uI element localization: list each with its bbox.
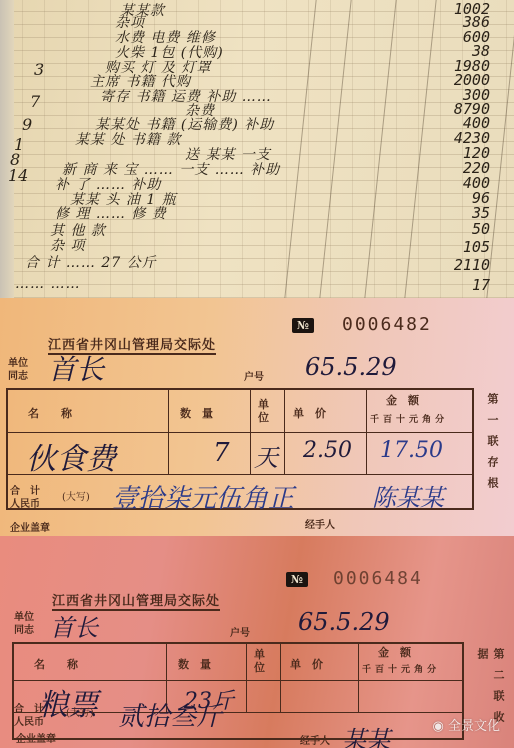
ledger-amount: 2110 xyxy=(454,256,490,274)
table-divider xyxy=(8,432,472,433)
total-label: 合 计 xyxy=(14,704,44,716)
receipt-0006482: № 0006482 江西省井冈山管理局交际处 单位 同志 首长 户号 65.5.… xyxy=(0,298,514,536)
table-column-line xyxy=(366,390,367,474)
handler-label: 经手人 xyxy=(305,520,335,532)
item-name-handwritten: 伙食费 xyxy=(26,434,116,478)
digit-ten: 十 xyxy=(396,415,409,425)
caps-label: (大写) xyxy=(62,492,90,504)
number-badge: № xyxy=(286,572,308,587)
ledger-entry: 某某 处 书籍 款 xyxy=(75,129,181,149)
total-caps-handwritten: 壹拾柒元伍角正 xyxy=(112,478,294,515)
table-column-line xyxy=(246,644,247,712)
digit-yuan: 元 xyxy=(401,665,414,675)
ledger-date-mark: 14 xyxy=(8,166,28,185)
header-unit: 单位 xyxy=(258,398,276,424)
receipt-number: 0006484 xyxy=(333,568,423,589)
date-handwritten: 65.5.29 xyxy=(305,353,397,381)
caps-label: (大写) xyxy=(66,708,94,720)
unit-label: 单位 xyxy=(8,358,28,370)
receipt-number: 0006482 xyxy=(342,314,432,335)
comrade-label: 同志 xyxy=(14,625,34,637)
item-unit-handwritten: 天 xyxy=(254,438,278,473)
copy-label: 第一联存根 xyxy=(484,393,500,523)
account-label: 户号 xyxy=(244,372,264,384)
currency-label: 人民币 xyxy=(14,717,44,729)
comrade-label: 同志 xyxy=(8,371,28,383)
total-label: 合 计 xyxy=(10,486,40,498)
header-digits: 千百十元角分 xyxy=(370,412,448,425)
header-name: 名 称 xyxy=(28,405,72,421)
watermark-text: 全景文化 xyxy=(448,719,500,734)
unit-label: 单位 xyxy=(14,612,34,624)
item-quantity-handwritten: 7 xyxy=(213,438,230,468)
header-quantity: 数 量 xyxy=(180,405,213,421)
digit-jiao: 角 xyxy=(414,665,427,675)
table-column-line xyxy=(280,644,281,712)
number-badge: № xyxy=(292,318,314,333)
digit-fen: 分 xyxy=(435,415,448,425)
ledger-date-mark: 9 xyxy=(22,115,32,134)
date-handwritten: 65.5.29 xyxy=(298,608,390,636)
receipt-0006484: № 0006484 江西省井冈山管理局交际处 单位 同志 首长 户号 65.5.… xyxy=(0,536,514,748)
table-column-line xyxy=(284,390,285,474)
ledger-page: 3 7 9 1 8 14 某某款 1002 杂项 386 水费 电费 维修 60… xyxy=(0,0,514,298)
stamp-label: 企业盖章 xyxy=(16,734,56,746)
header-price: 单 价 xyxy=(290,656,323,672)
recipient-handwritten: 首长 xyxy=(50,608,98,643)
digit-hundred: 百 xyxy=(375,665,388,675)
table-column-line xyxy=(250,390,251,474)
table-column-line xyxy=(168,390,169,474)
header-amount: 金 额 xyxy=(386,392,419,408)
stamp-label: 企业盖章 xyxy=(10,523,50,535)
ledger-amount: 105 xyxy=(463,238,490,256)
header-name: 名 称 xyxy=(34,656,78,672)
total-caps-handwritten: 贰拾叁斤 xyxy=(118,696,222,733)
ledger-date-mark: 3 xyxy=(34,60,44,79)
ledger-entry: 合 计 …… 27 公斤 xyxy=(25,252,157,272)
header-unit: 单位 xyxy=(254,648,272,674)
header-quantity: 数 量 xyxy=(178,656,211,672)
digit-thousand: 千 xyxy=(370,415,383,425)
ledger-amount: 50 xyxy=(472,220,490,238)
account-label: 户号 xyxy=(230,628,250,640)
item-price-handwritten: 2.50 xyxy=(303,438,352,463)
digit-ten: 十 xyxy=(388,665,401,675)
digit-yuan: 元 xyxy=(409,415,422,425)
header-amount: 金 额 xyxy=(378,644,411,660)
watermark-logo: ◉ 全景文化 xyxy=(433,715,501,734)
digit-hundred: 百 xyxy=(383,415,396,425)
signature-handwritten: 某某 xyxy=(342,720,390,748)
digit-thousand: 千 xyxy=(362,665,375,675)
currency-label: 人民币 xyxy=(10,499,40,511)
handler-label: 经手人 xyxy=(300,736,330,748)
table-column-line xyxy=(358,644,359,712)
page-edge xyxy=(0,0,14,298)
digit-jiao: 角 xyxy=(422,415,435,425)
header-digits: 千百十元角分 xyxy=(362,662,440,675)
weibo-icon: ◉ xyxy=(433,719,448,734)
recipient-handwritten: 首长 xyxy=(48,348,104,388)
header-price: 单 价 xyxy=(293,405,326,421)
item-amount-handwritten: 17.50 xyxy=(380,438,443,463)
digit-fen: 分 xyxy=(427,665,440,675)
receipt-table: 名 称 数 量 单位 单 价 金 额 千百十元角分 粮票 23斤 xyxy=(12,642,464,740)
ledger-date-mark: 7 xyxy=(30,92,40,111)
ledger-amount: 17 xyxy=(472,276,490,294)
ledger-entry: …… …… xyxy=(15,276,80,292)
signature-handwritten: 陈某某 xyxy=(372,478,444,513)
